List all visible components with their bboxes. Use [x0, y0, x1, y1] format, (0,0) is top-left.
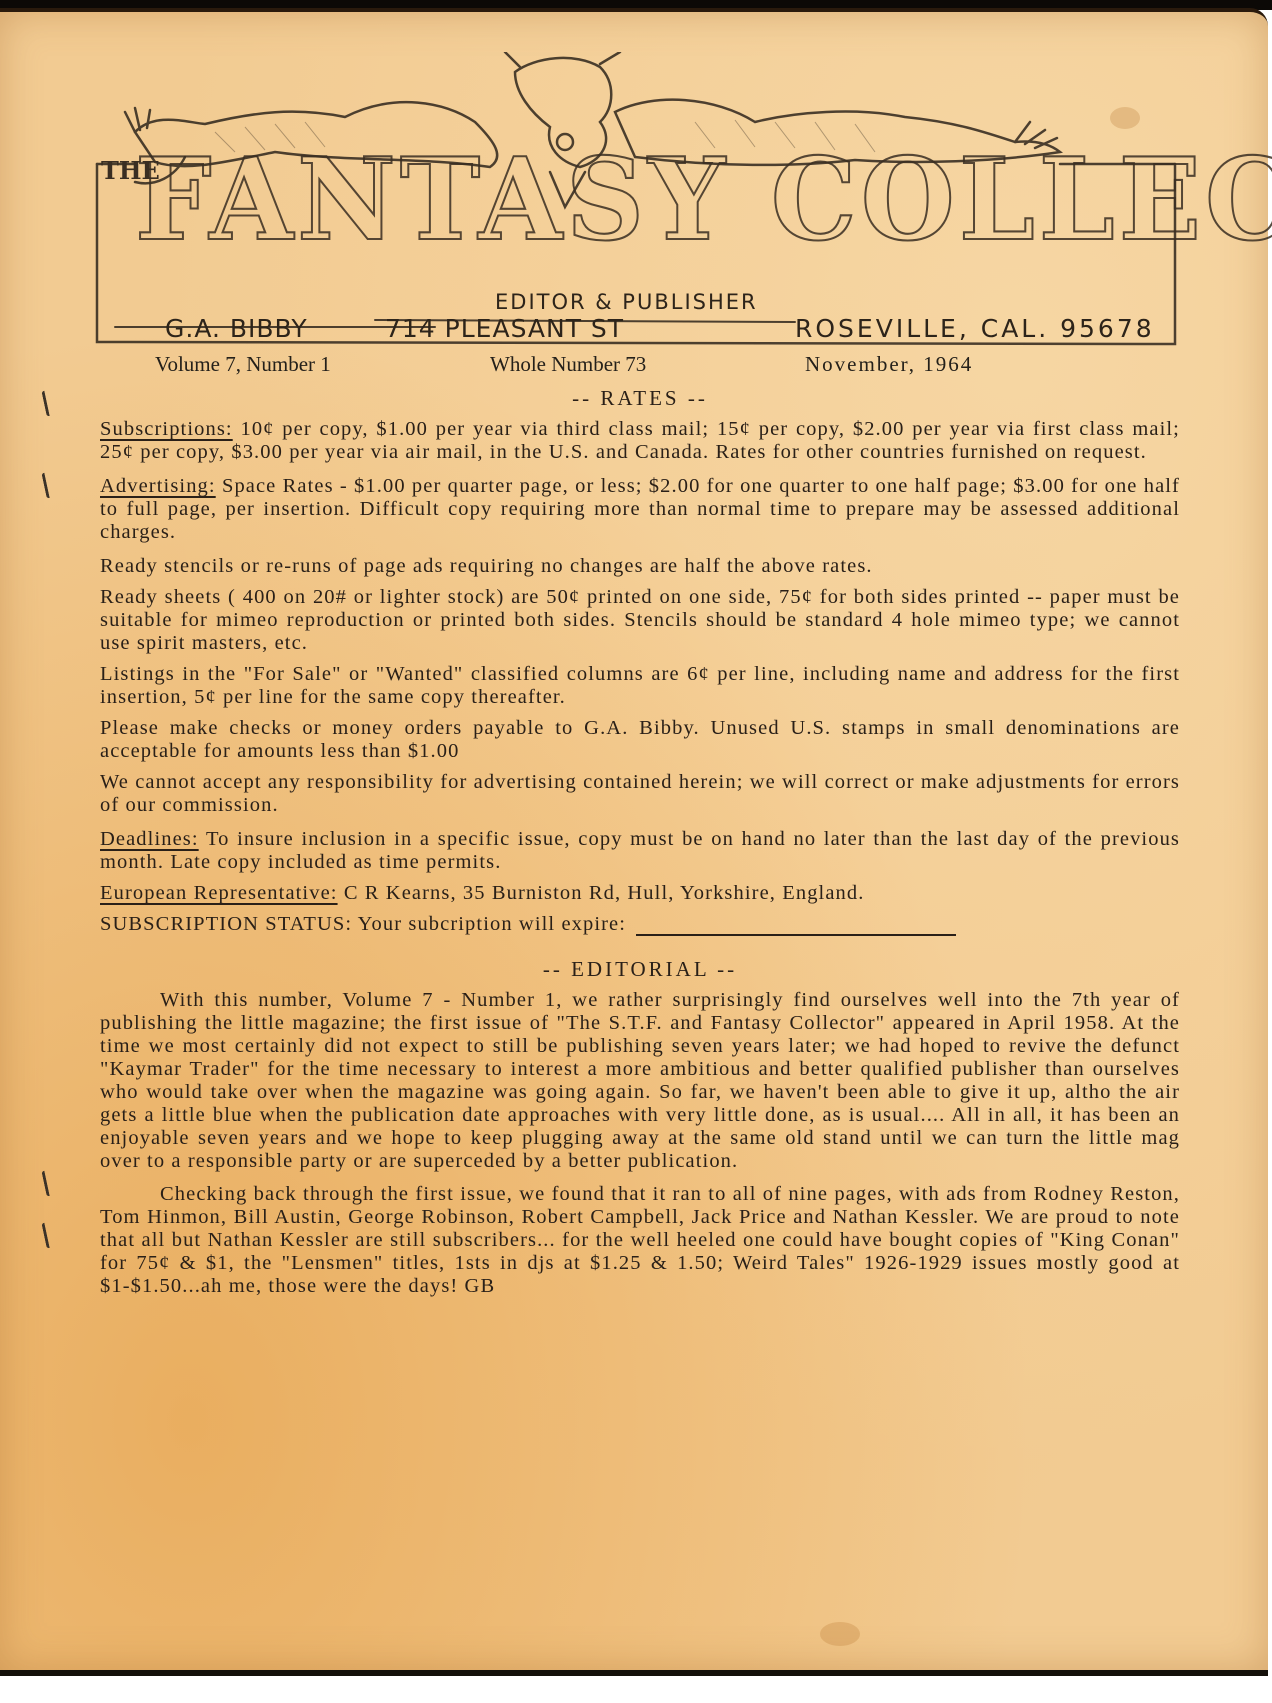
expiry-blank-field	[636, 934, 956, 936]
deadlines-text: To insure inclusion in a specific issue,…	[100, 828, 1180, 873]
scan-bottom-margin	[0, 1676, 1272, 1703]
editorial-heading: -- EDITORIAL --	[100, 958, 1180, 981]
staple-mark	[41, 389, 55, 416]
status-text: Your subcription will expire:	[358, 913, 626, 935]
subscriptions-label: Subscriptions:	[100, 418, 233, 440]
whole-number: Whole Number 73	[490, 352, 646, 377]
masthead: THE FANTASY COLLECTOR EDITOR & PUBLISHER…	[95, 52, 1180, 372]
ready-sheets-paragraph: Ready sheets ( 400 on 20# or lighter sto…	[100, 586, 1180, 655]
editorial-paragraph: With this number, Volume 7 - Number 1, w…	[100, 989, 1180, 1173]
issue-date: November, 1964	[805, 352, 973, 377]
editor-name: G.A. BIBBY	[165, 314, 308, 343]
european-rep-paragraph: European Representative: C R Kearns, 35 …	[100, 882, 1180, 905]
payment-paragraph: Please make checks or money orders payab…	[100, 717, 1180, 763]
status-label: SUBSCRIPTION STATUS:	[100, 913, 352, 935]
newsletter-page: THE FANTASY COLLECTOR EDITOR & PUBLISHER…	[0, 8, 1268, 1678]
subscriptions-text: 10¢ per copy, $1.00 per year via third c…	[100, 418, 1180, 463]
staple-mark	[41, 471, 55, 498]
staple-mark	[41, 1221, 55, 1248]
rates-heading: -- RATES --	[100, 387, 1180, 410]
advertising-text: Space Rates - $1.00 per quarter page, or…	[100, 475, 1180, 543]
listings-paragraph: Listings in the "For Sale" or "Wanted" c…	[100, 663, 1180, 709]
responsibility-paragraph: We cannot accept any responsibility for …	[100, 771, 1180, 817]
editorial-paragraph: Checking back through the first issue, w…	[100, 1183, 1180, 1298]
deadlines-label: Deadlines:	[100, 828, 199, 850]
subscription-status: SUBSCRIPTION STATUS: Your subcription wi…	[100, 913, 1180, 936]
advertising-paragraph: Advertising: Space Rates - $1.00 per qua…	[100, 475, 1180, 544]
staple-mark	[41, 1169, 55, 1196]
editor-label: EDITOR & PUBLISHER	[495, 290, 758, 314]
newsletter-body: -- RATES -- Subscriptions: 10¢ per copy,…	[100, 387, 1180, 1308]
title-prefix: THE	[101, 157, 127, 185]
european-rep-label: European Representative:	[100, 882, 338, 904]
volume-number: Volume 7, Number 1	[155, 352, 331, 377]
european-rep-text: C R Kearns, 35 Burniston Rd, Hull, Yorks…	[344, 882, 865, 904]
subscriptions-paragraph: Subscriptions: 10¢ per copy, $1.00 per y…	[100, 418, 1180, 464]
paper-stain	[820, 1622, 860, 1646]
masthead-title: FANTASY COLLECTOR	[135, 137, 1175, 263]
street-address: 714 PLEASANT ST	[385, 314, 624, 343]
advertising-label: Advertising:	[100, 475, 216, 497]
editorial-body: With this number, Volume 7 - Number 1, w…	[100, 989, 1180, 1298]
deadlines-paragraph: Deadlines: To insure inclusion in a spec…	[100, 828, 1180, 874]
stencils-paragraph: Ready stencils or re-runs of page ads re…	[100, 555, 1180, 578]
city-address: ROSEVILLE, CAL. 95678	[795, 314, 1155, 343]
